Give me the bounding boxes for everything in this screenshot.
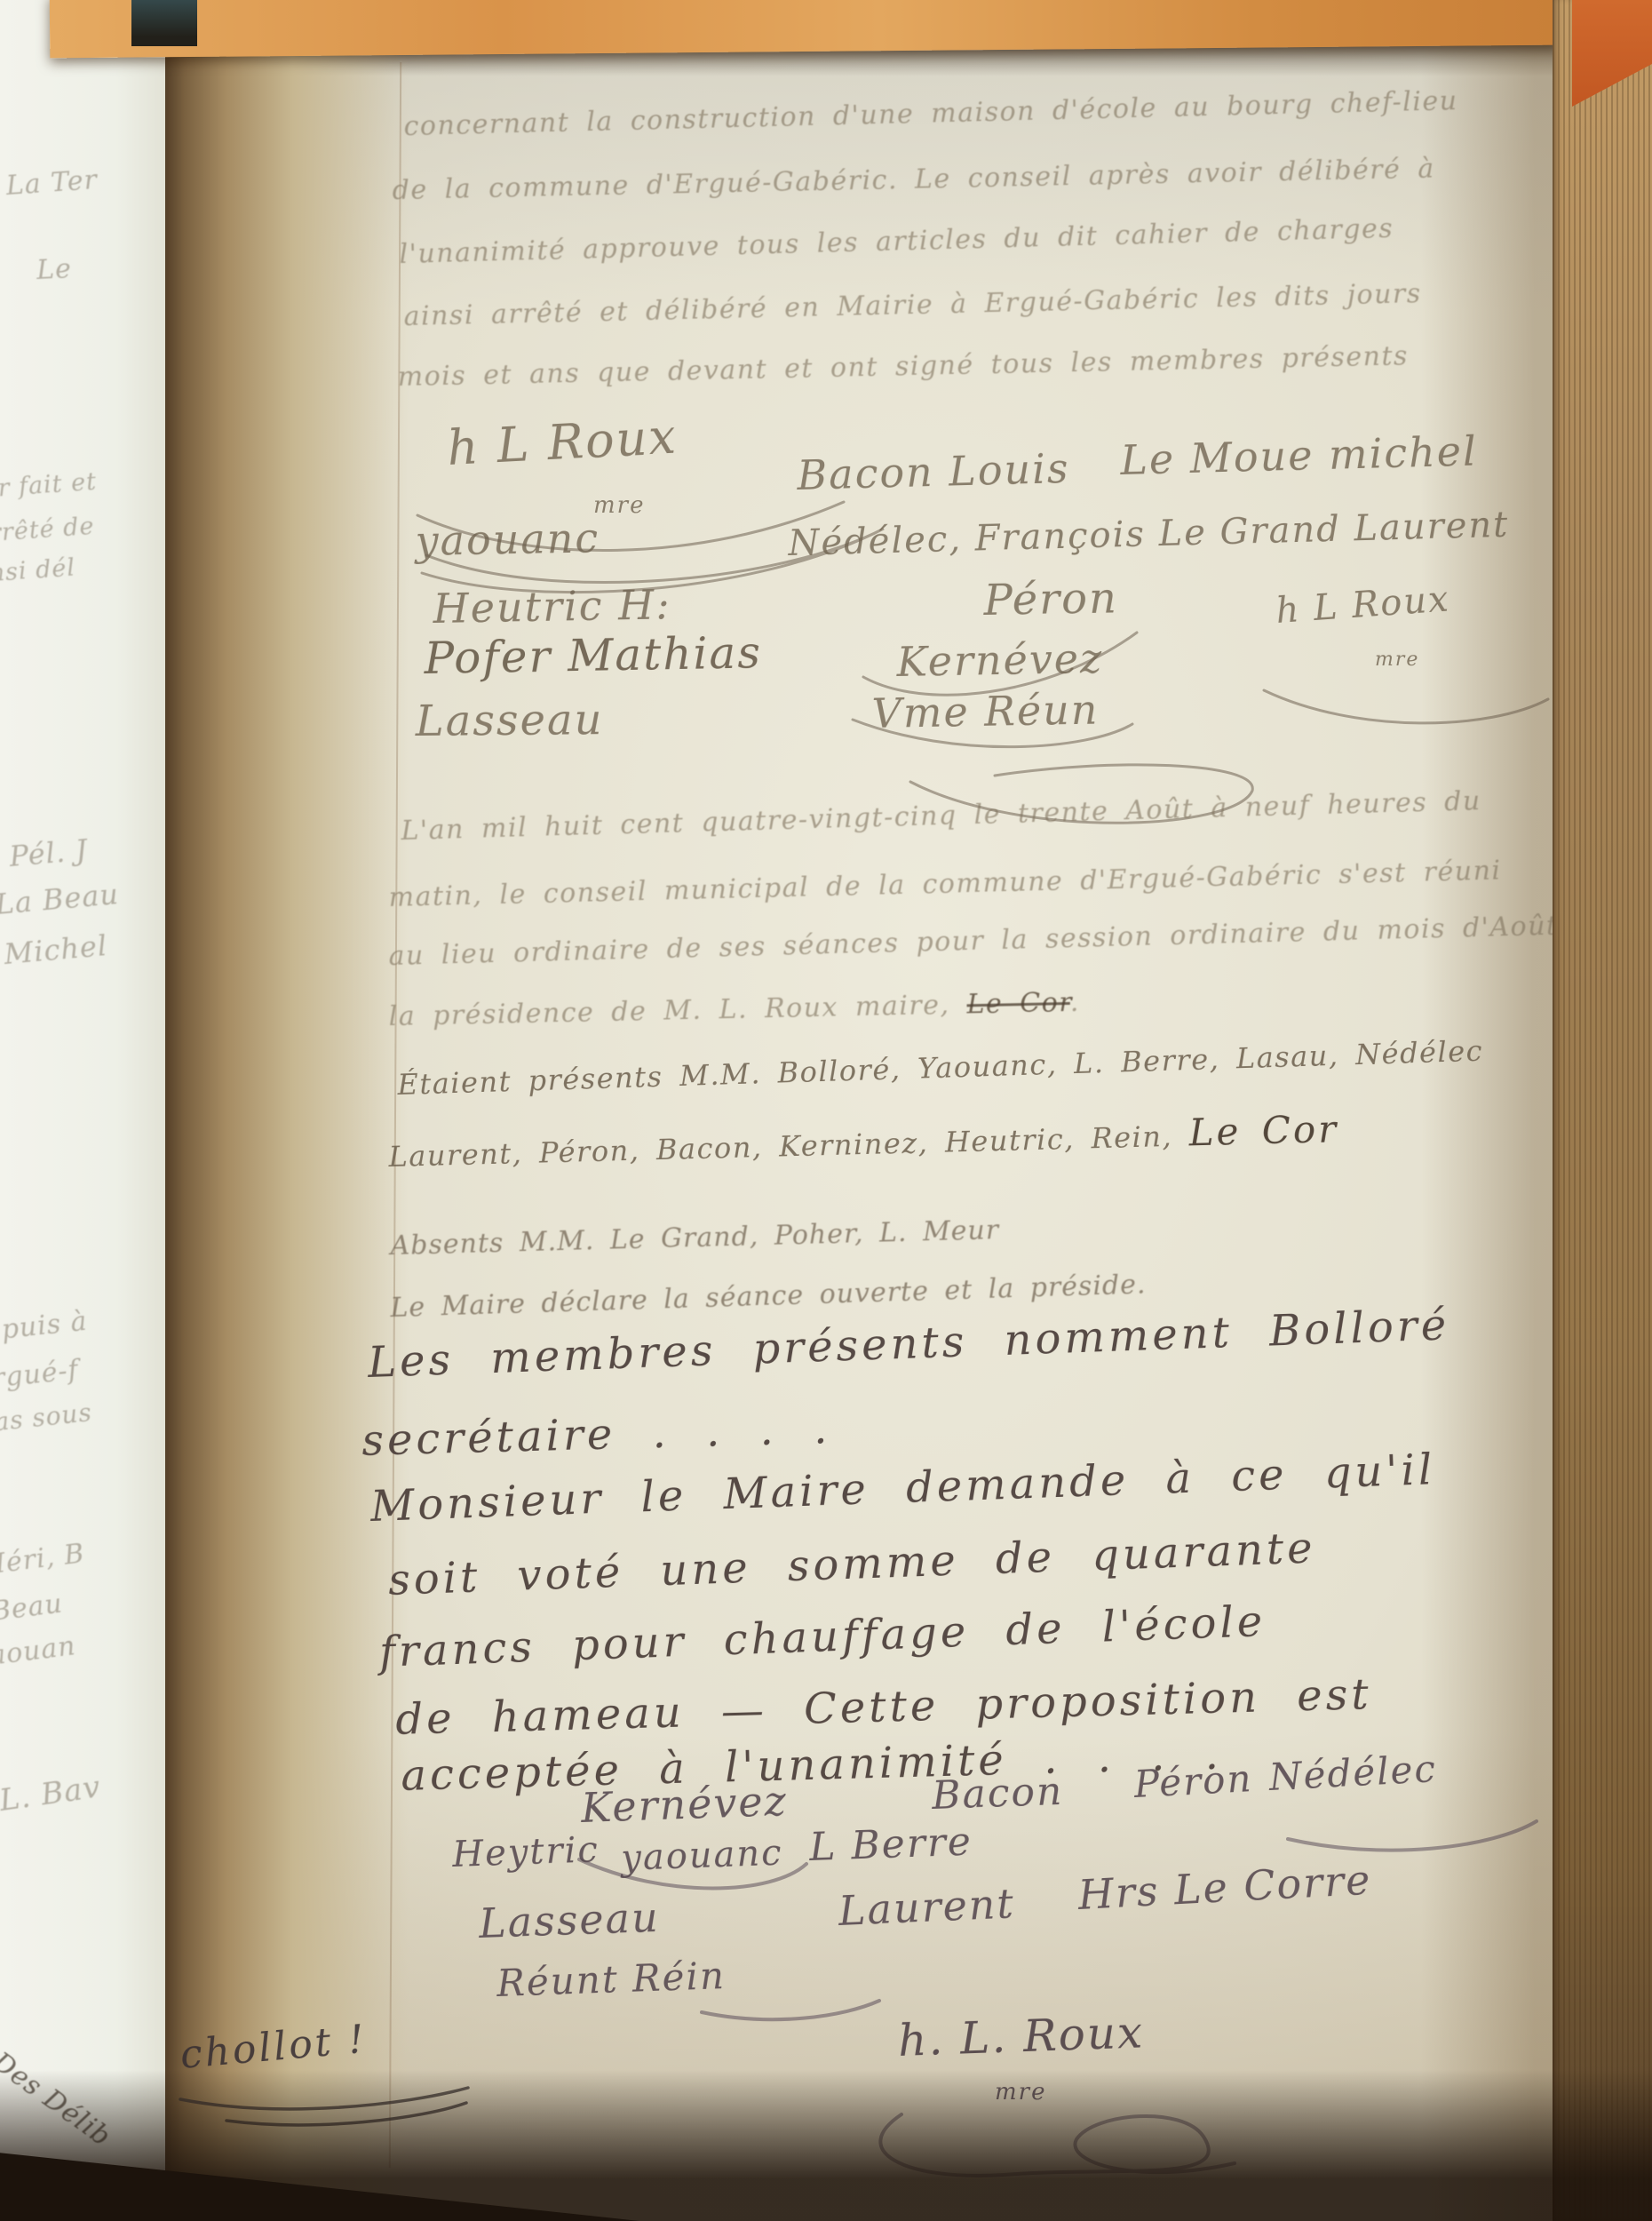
text-segment: .: [1069, 987, 1080, 1018]
signature-bacon: Bacon: [931, 1772, 1063, 1816]
left-page-fragment: Ergué-f: [0, 1357, 80, 1395]
signature-kernevez: Kernévez: [580, 1780, 788, 1828]
signature-yaouanc: yaouanc: [621, 1835, 784, 1876]
left-page-fragment: La Ter: [5, 167, 99, 200]
left-page-fragment: arrêté de: [0, 514, 95, 546]
text-line: secrétaire . . . .: [361, 1407, 831, 1462]
signature-reun: Vme Réun: [871, 689, 1100, 734]
struck-out-word: Le Cor: [966, 987, 1070, 1020]
left-page-fragment: L. Bav: [0, 1771, 103, 1816]
left-page-fragment: Le: [36, 256, 72, 284]
left-page-fragment: ainsi dél: [0, 555, 76, 587]
signature-kernevez: Kernévez: [896, 638, 1103, 682]
left-page: La Ter Le Pour fait et arrêté de ainsi d…: [0, 0, 165, 2221]
left-page-fragment: Héri, B: [0, 1540, 86, 1580]
left-page-fragment: t puis à: [0, 1309, 89, 1346]
left-page-fragment: Yaouan: [0, 1633, 77, 1672]
book-gutter-shadow: [142, 0, 409, 2221]
signature-pofer-mathias: Pofer Mathias: [424, 630, 762, 681]
signature-peron: Péron: [983, 577, 1118, 622]
left-page-fragment: Pour fait et: [0, 470, 98, 504]
signature-leroux: h L Roux: [446, 412, 679, 473]
signature-yaouanc: yaouanc: [415, 517, 600, 561]
page-block-fore-edge: [1553, 0, 1652, 2221]
left-page-fragment: Beau: [0, 1590, 64, 1626]
lecor-name: Le Cor: [1188, 1107, 1339, 1154]
signature-lemoue: Le Moue michel: [1120, 430, 1478, 481]
signature-nedelec: Nédélec: [1268, 1750, 1438, 1796]
signature-laurent: Laurent: [838, 1883, 1016, 1931]
signature-leberre: L Berre: [808, 1823, 973, 1867]
spine-cloth: [131, 0, 197, 46]
signature-rein: Réunt Réin: [496, 1957, 727, 2002]
page-right-shadow: [1421, 0, 1554, 2221]
signature-maire-abbrev: mre: [1375, 650, 1419, 670]
signature-lasseau: Lasseau: [478, 1897, 660, 1944]
signature-flourish: [693, 1990, 888, 2034]
signature-bacon: Bacon Louis: [797, 448, 1070, 496]
signature-lasseau: Lasseau: [416, 698, 604, 743]
left-page-fragment: Michel: [3, 931, 108, 968]
left-page-fragment: Pél. J: [8, 835, 89, 871]
signature-flourish: [1251, 668, 1561, 748]
left-page-fragment: La Beau: [0, 880, 120, 919]
signature-peron: Péron: [1133, 1760, 1254, 1803]
signature-leroux: h. L. Roux: [897, 2010, 1145, 2063]
register-photo: La Ter Le Pour fait et arrêté de ainsi d…: [0, 0, 1652, 2221]
signature-heutric: Heytric: [452, 1832, 600, 1873]
left-page-fragment: amas sous: [0, 1400, 93, 1439]
signature-heutric: Heutric H:: [433, 584, 671, 629]
